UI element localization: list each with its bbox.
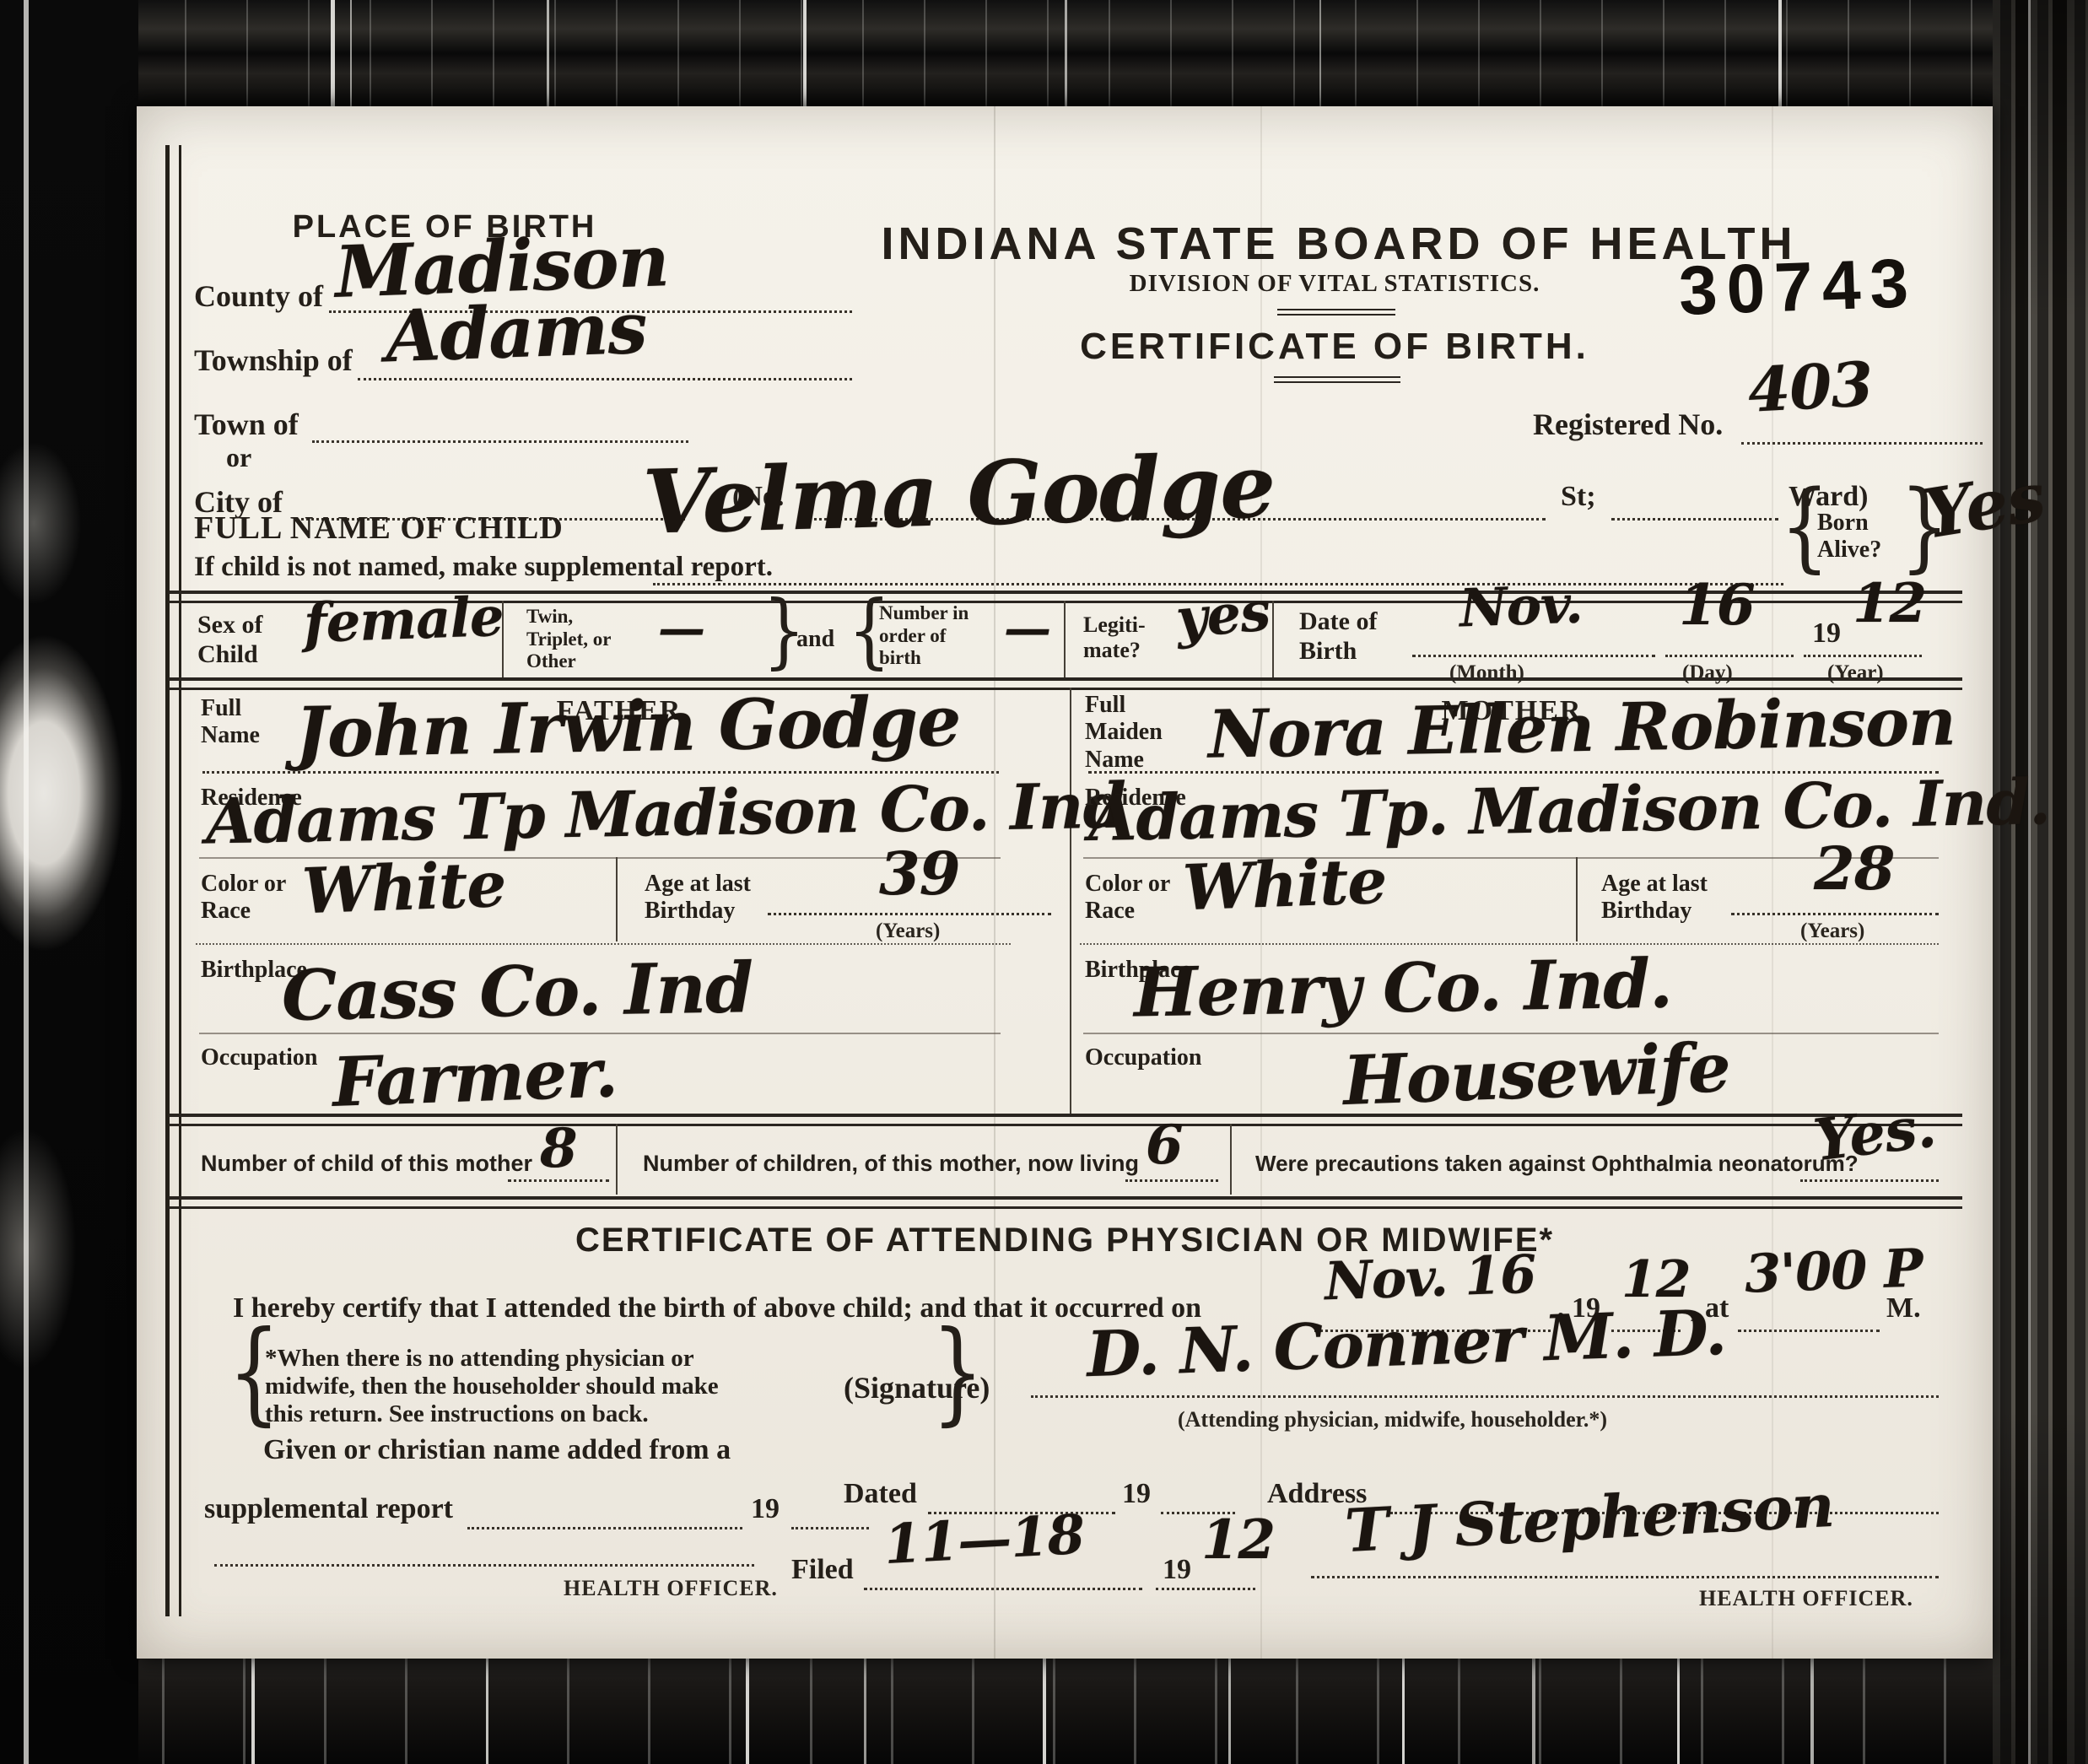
scratch-artifact	[1778, 0, 1782, 108]
scratch-artifact	[1065, 0, 1067, 108]
father-color-label: Color or Race	[201, 871, 295, 925]
street-label: St;	[1561, 481, 1596, 513]
dated-label: Dated	[844, 1478, 917, 1510]
township-label: Township of	[194, 343, 353, 378]
scratch-artifact	[1043, 1652, 1046, 1764]
mother-age-label: Age at last Birthday	[1601, 871, 1778, 925]
dotted-line	[202, 771, 999, 774]
filed-label: Filed	[791, 1554, 854, 1586]
supplemental-line2: supplemental report	[204, 1493, 453, 1525]
full-name-of-child-label: FULL NAME OF CHILD	[194, 510, 564, 547]
registered-no-label: Registered No.	[1533, 407, 1723, 442]
township-value: Adams	[384, 286, 648, 379]
filed-year-value: 12	[1201, 1508, 1275, 1572]
dotted-line	[1311, 1576, 1939, 1578]
mother-color-label: Color or Race	[1085, 871, 1179, 925]
father-occupation-label: Occupation	[201, 1044, 317, 1071]
scratch-artifact	[547, 0, 549, 108]
certify-text: I hereby certify that I attended the bir…	[233, 1292, 1201, 1324]
unnamed-note: If child is not named, make supplemental…	[194, 552, 773, 583]
dotted-line	[864, 1588, 1142, 1590]
father-residence-value: Adams Tp Madison Co. Ind	[205, 769, 1126, 858]
birth-order-label: Number in order of birth	[879, 602, 990, 670]
row-line	[1083, 1033, 1939, 1034]
form-left-border	[165, 145, 181, 1616]
signature-label: (Signature)	[844, 1370, 990, 1405]
scratch-artifact	[1319, 0, 1321, 108]
dotted-line	[1800, 1179, 1939, 1182]
meridiem-label: M.	[1886, 1292, 1921, 1324]
twin-value: —	[658, 601, 704, 656]
health-officer-right-label: HEALTH OFFICER.	[1699, 1586, 1913, 1611]
scratch-artifact	[864, 1652, 866, 1764]
dotted-line	[791, 1527, 869, 1529]
mother-occupation-value: Housewife	[1341, 1028, 1731, 1120]
scratch-artifact	[486, 1652, 488, 1764]
dotted-line	[1412, 655, 1655, 657]
dotted-line	[1125, 1179, 1218, 1182]
dotted-line	[214, 1564, 754, 1567]
mother-years-caption: (Years)	[1800, 920, 1864, 943]
filed-signature-value: T J Stephenson	[1343, 1470, 1835, 1566]
mother-age-value: 28	[1814, 833, 1894, 904]
scratch-artifact	[24, 0, 29, 1764]
birth-order-value: —	[1004, 601, 1050, 656]
filed-year-prefix: 19	[1163, 1554, 1191, 1586]
dotted-line	[1804, 655, 1922, 657]
father-age-label: Age at last Birthday	[645, 871, 822, 925]
birth-year-value: 12	[1853, 572, 1926, 635]
signature-caption: (Attending physician, midwife, household…	[1178, 1407, 1607, 1432]
certificate-sheet: PLACE OF BIRTH INDIANA STATE BOARD OF HE…	[137, 106, 1993, 1659]
section-rule	[169, 1114, 1962, 1126]
legitimate-label: Legiti-mate?	[1083, 612, 1173, 663]
filed-date-value: 11—18	[882, 1503, 1086, 1577]
dotted-line	[1741, 442, 1983, 445]
division-subtitle: DIVISION OF VITAL STATISTICS.	[1098, 270, 1571, 298]
dotted-line	[1611, 518, 1778, 521]
sex-value: female	[303, 585, 504, 655]
and-label: and	[796, 626, 834, 653]
dotted-line	[508, 1179, 609, 1182]
scratch-artifact	[251, 1652, 255, 1764]
cell-divider	[616, 1124, 618, 1195]
occurred-date-value: Nov. 16	[1324, 1243, 1537, 1313]
birth-month-value: Nov.	[1459, 573, 1584, 639]
supplemental-year-prefix: 19	[751, 1493, 780, 1525]
or-label: or	[226, 442, 251, 473]
scratch-artifact	[746, 1652, 749, 1764]
legitimate-value: yes	[1173, 580, 1272, 650]
mother-color-value: White	[1182, 845, 1388, 925]
father-color-value: White	[301, 849, 507, 928]
dotted-line	[1738, 1330, 1880, 1332]
row-line	[1080, 943, 1939, 945]
child-number-value: 8	[540, 1117, 577, 1180]
householder-note-line1: *When there is no attending physician or	[265, 1345, 950, 1373]
children-living-label: Number of children, of this mother, now …	[643, 1151, 1139, 1177]
scanned-birth-certificate: PLACE OF BIRTH INDIANA STATE BOARD OF HE…	[0, 0, 2088, 1764]
birth-day-value: 16	[1679, 572, 1755, 638]
section-rule	[169, 1196, 1962, 1209]
dotted-line	[1665, 655, 1794, 657]
mother-residence-value: Adams Tp. Madison Co. Ind.	[1087, 766, 2050, 855]
cell-divider	[502, 601, 504, 677]
child-number-label: Number of child of this mother	[201, 1151, 532, 1177]
dated-year-prefix: 19	[1122, 1478, 1151, 1510]
registered-no-value: 403	[1746, 348, 1875, 426]
dotted-line	[768, 913, 1051, 915]
ornament-rule	[1277, 309, 1395, 316]
twin-triplet-label: Twin, Triplet, or Other	[526, 606, 626, 673]
cell-divider	[616, 857, 618, 941]
scratch-artifact	[2028, 0, 2031, 1764]
certificate-title: CERTIFICATE OF BIRTH.	[1014, 326, 1655, 368]
mother-birthplace-value: Henry Co. Ind.	[1133, 943, 1672, 1032]
row-line	[196, 943, 1011, 945]
dotted-line	[467, 1527, 742, 1529]
scratch-artifact	[1677, 1652, 1680, 1764]
cell-divider	[1576, 857, 1578, 941]
sex-of-child-label: Sex of Child	[197, 611, 307, 670]
photo-border-right	[1993, 0, 2088, 1764]
dotted-line	[1156, 1588, 1255, 1590]
scratch-artifact	[331, 0, 335, 108]
father-name-value: John Irwin Godge	[294, 681, 961, 774]
dotted-line	[1031, 1395, 1939, 1398]
county-label: County of	[194, 278, 323, 314]
town-of-label: Town of	[194, 407, 299, 442]
physician-section-title: CERTIFICATE OF ATTENDING PHYSICIAN OR MI…	[305, 1222, 1824, 1260]
father-years-caption: (Years)	[876, 920, 940, 943]
dotted-line	[312, 440, 688, 443]
mother-occupation-label: Occupation	[1085, 1044, 1201, 1071]
mother-name-value: Nora Ellen Robinson	[1207, 683, 1956, 773]
photo-border-left	[0, 0, 138, 1764]
scratch-artifact	[1532, 1652, 1535, 1764]
scan-streak	[994, 106, 995, 1659]
year-printed-prefix: 19	[1812, 618, 1841, 650]
precautions-value: Yes.	[1810, 1093, 1940, 1175]
scratch-artifact	[1228, 1652, 1231, 1764]
ornament-rule	[1274, 376, 1400, 383]
dotted-line	[1731, 913, 1939, 915]
scratch-artifact	[1402, 1652, 1405, 1764]
father-occupation-value: Farmer.	[331, 1033, 618, 1122]
health-officer-left-label: HEALTH OFFICER.	[564, 1576, 778, 1601]
scratch-artifact	[1810, 1652, 1814, 1764]
precautions-label: Were precautions taken against Ophthalmi…	[1255, 1151, 1859, 1177]
dotted-line	[358, 378, 852, 380]
father-birthplace-value: Cass Co. Ind	[281, 947, 753, 1037]
file-number-stamp: 30743	[1677, 244, 1918, 332]
column-divider	[1070, 688, 1071, 1114]
cell-divider	[1272, 601, 1274, 677]
child-full-name-value: Velma Godge	[642, 434, 1276, 554]
scratch-artifact	[350, 0, 352, 108]
photo-border-top	[0, 0, 2088, 111]
cell-divider	[1230, 1124, 1232, 1195]
cell-divider	[1064, 601, 1066, 677]
scratch-artifact	[803, 0, 807, 108]
children-living-value: 6	[1146, 1114, 1183, 1177]
date-of-birth-label: Date of Birth	[1299, 607, 1417, 666]
father-age-value: 39	[879, 839, 959, 909]
supplemental-line1: Given or christian name added from a	[263, 1434, 731, 1466]
